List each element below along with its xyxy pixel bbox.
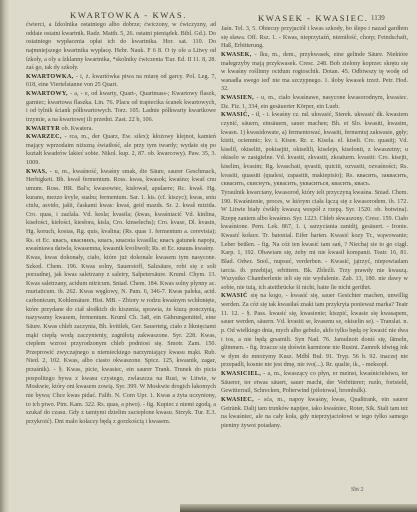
- dictionary-entry: KWASIEN, - u, m., ciało kwaśnawe, nasyco…: [221, 94, 408, 111]
- dictionary-entry: KWASICIEL, - a, m., kwaszący co płyn, er…: [221, 370, 408, 396]
- dictionary-entry: KWARTOWY, - a, - e, od kwarty, Quart-, Q…: [26, 90, 216, 125]
- entry-text: - ił, - i. kwaśny cz. nd. ukwasić, Siere…: [221, 112, 408, 187]
- entry-text: Jaśn. Tel. 3, 5. Obiecuy przyjaciół i kw…: [221, 26, 408, 49]
- left-column: ćwierci, a ſzkolnika ostatniego albo dob…: [26, 21, 216, 426]
- dictionary-entry: Kwas, kwas dokonały, ciało, które już do…: [26, 254, 216, 427]
- dictionary-entry: KWASIEC, - sća, m., napoy kwaśny, kwas, …: [221, 396, 408, 431]
- entry-text: ob. Kwatera.: [62, 126, 94, 132]
- dictionary-entry: KWASIĆ się na kogo, - kwasić się, sauer …: [221, 292, 408, 370]
- entry-headword: KWASIĆ: [221, 293, 248, 299]
- dictionary-entry: KWASEK, - ſku, m., dem., przykwasek, ein…: [221, 51, 408, 94]
- dictionary-entry: Jaśn. Tel. 3, 5. Obiecuy przyjaciół i kw…: [221, 25, 408, 51]
- entry-headword: KWARTOWKA,: [26, 74, 74, 80]
- entry-headword: KWASICIEL,: [221, 371, 261, 377]
- entry-text: się na kogo, - kwasić się, sauer Gesicht…: [221, 293, 408, 368]
- page-number: 1139: [371, 14, 385, 22]
- running-header-right: KWASEK - KWASIEC.: [258, 13, 369, 23]
- dictionary-entry: KWAS, - u, m., kwaśność, kwaśny smak, di…: [26, 168, 216, 254]
- entry-headword: KWASIEC,: [221, 397, 254, 403]
- dictionary-entry: KWARTOWKA, - i, ż. kwartówka piwa na mia…: [26, 73, 216, 90]
- entry-headword: KWASIĆ,: [221, 112, 250, 118]
- dictionary-entry: Tyraulnik kwarciany, kwasorod, który iel…: [221, 189, 408, 293]
- entry-headword: KWARTOWY,: [26, 91, 68, 97]
- entry-headword: KWASIEN,: [221, 95, 254, 101]
- dictionary-entry: KWASIĆ, - ił, - i. kwaśny cz. nd. ukwasi…: [221, 111, 408, 189]
- entry-headword: KWARTYR: [26, 126, 60, 132]
- dictionary-entry: KWARZEC, - rca, m., der Quarz, Ew. silex…: [26, 133, 216, 168]
- page-bottom-shadow: [180, 504, 417, 512]
- dictionary-entry: ćwierci, a ſzkolnika ostatniego albo dob…: [26, 21, 216, 73]
- entry-headword: KWAS,: [26, 169, 47, 175]
- book-gutter-shadow: [0, 0, 9, 512]
- entry-text: Tyraulnik kwarciany, kwasorod, który iel…: [221, 190, 408, 291]
- dictionary-page: KWARTOWKA - KWAS. KWASEK - KWASIEC. 1139…: [0, 0, 417, 512]
- right-column: Jaśn. Tel. 3, 5. Obiecuy przyjaciół i kw…: [221, 25, 408, 430]
- entry-text: Kwas, kwas dokonały, ciało, które już do…: [26, 255, 216, 425]
- entry-headword: KWASEK,: [221, 52, 252, 58]
- signature-mark: Sbt 2: [351, 487, 364, 493]
- running-header-left: KWARTOWKA - KWAS.: [70, 10, 187, 20]
- dictionary-entry: KWARTYR ob. Kwatera.: [26, 125, 216, 134]
- entry-text: - u, m., kwaśność, kwaśny smak, die Säur…: [26, 169, 216, 253]
- entry-headword: KWARZEC,: [26, 134, 62, 140]
- entry-text: ćwierci, a ſzkolnika ostatniego albo dob…: [26, 22, 216, 71]
